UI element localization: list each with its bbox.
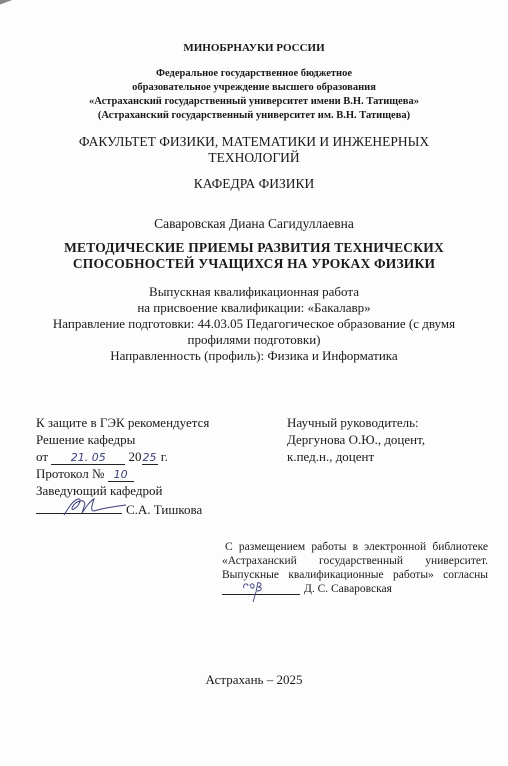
thesis-title-line-2: СПОСОБНОСТЕЙ УЧАЩИХСЯ НА УРОКАХ ФИЗИКИ xyxy=(0,256,508,272)
description-line-2: на присвоение квалификации: «Бакалавр» xyxy=(0,300,508,316)
decision-date-row: от 21. 05 2025 г. xyxy=(36,448,256,465)
supervisor-label: Научный руководитель: xyxy=(287,414,477,431)
institution-line-4: (Астраханский государственный университе… xyxy=(0,110,508,121)
description-line-5: Направленность (профиль): Физика и Инфор… xyxy=(0,348,508,364)
consent-line-1: С размещением работы в электронной библи… xyxy=(222,540,488,554)
consent-line-2: «Астраханский государственный университе… xyxy=(222,554,488,568)
library-consent-block: С размещением работы в электронной библи… xyxy=(222,540,488,600)
approval-block: К защите в ГЭК рекомендуется Решение каф… xyxy=(36,414,256,521)
decision-text: Решение кафедры xyxy=(36,431,256,448)
supervisor-name: Дергунова О.Ю., доцент, xyxy=(287,431,477,448)
year-suffix: г. xyxy=(161,449,168,464)
description-line-3: Направление подготовки: 44.03.05 Педагог… xyxy=(0,316,508,332)
consent-signer-name: Д. С. Саваровская xyxy=(304,582,392,596)
city-year: Астрахань – 2025 xyxy=(0,672,508,688)
institution-line-1: Федеральное государственное бюджетное xyxy=(0,68,508,79)
faculty-line-1: ФАКУЛЬТЕТ ФИЗИКИ, МАТЕМАТИКИ И ИНЖЕНЕРНЫ… xyxy=(0,134,508,150)
protocol-row: Протокол № 10 xyxy=(36,465,256,482)
institution-line-2: образовательное учреждение высшего образ… xyxy=(0,82,508,93)
description-line-4: профилями подготовки) xyxy=(0,332,508,348)
institution-line-3: «Астраханский государственный университе… xyxy=(0,96,508,107)
protocol-label: Протокол № xyxy=(36,466,104,481)
year-prefix: 20 xyxy=(129,449,142,464)
date-prefix: от xyxy=(36,449,48,464)
description-line-1: Выпускная квалификационная работа xyxy=(0,284,508,300)
handwritten-date: 21. 05 xyxy=(51,451,125,465)
faculty-line-2: ТЕХНОЛОГИЙ xyxy=(0,150,508,166)
signature-icon xyxy=(60,495,130,519)
recommend-text: К защите в ГЭК рекомендуется xyxy=(36,414,256,431)
ministry-name: МИНОБРНАУКИ РОССИИ xyxy=(0,42,508,54)
handwritten-year: 25 xyxy=(142,451,158,465)
signature-icon xyxy=(240,580,280,604)
consent-signature-row: Д. С. Саваровская xyxy=(222,582,488,600)
supervisor-degree: к.пед.н., доцент xyxy=(287,448,477,465)
department-name: КАФЕДРА ФИЗИКИ xyxy=(0,176,508,192)
author-name: Саваровская Диана Сагидуллаевна xyxy=(0,216,508,232)
head-signature-row: С.А. Тишкова xyxy=(36,499,256,521)
scan-artifact xyxy=(0,0,14,6)
head-name: С.А. Тишкова xyxy=(126,501,202,518)
title-page: МИНОБРНАУКИ РОССИИ Федеральное государст… xyxy=(0,0,508,766)
thesis-title-line-1: МЕТОДИЧЕСКИЕ ПРИЕМЫ РАЗВИТИЯ ТЕХНИЧЕСКИХ xyxy=(0,240,508,256)
supervisor-block: Научный руководитель: Дергунова О.Ю., до… xyxy=(287,414,477,465)
handwritten-protocol-number: 10 xyxy=(108,468,134,482)
